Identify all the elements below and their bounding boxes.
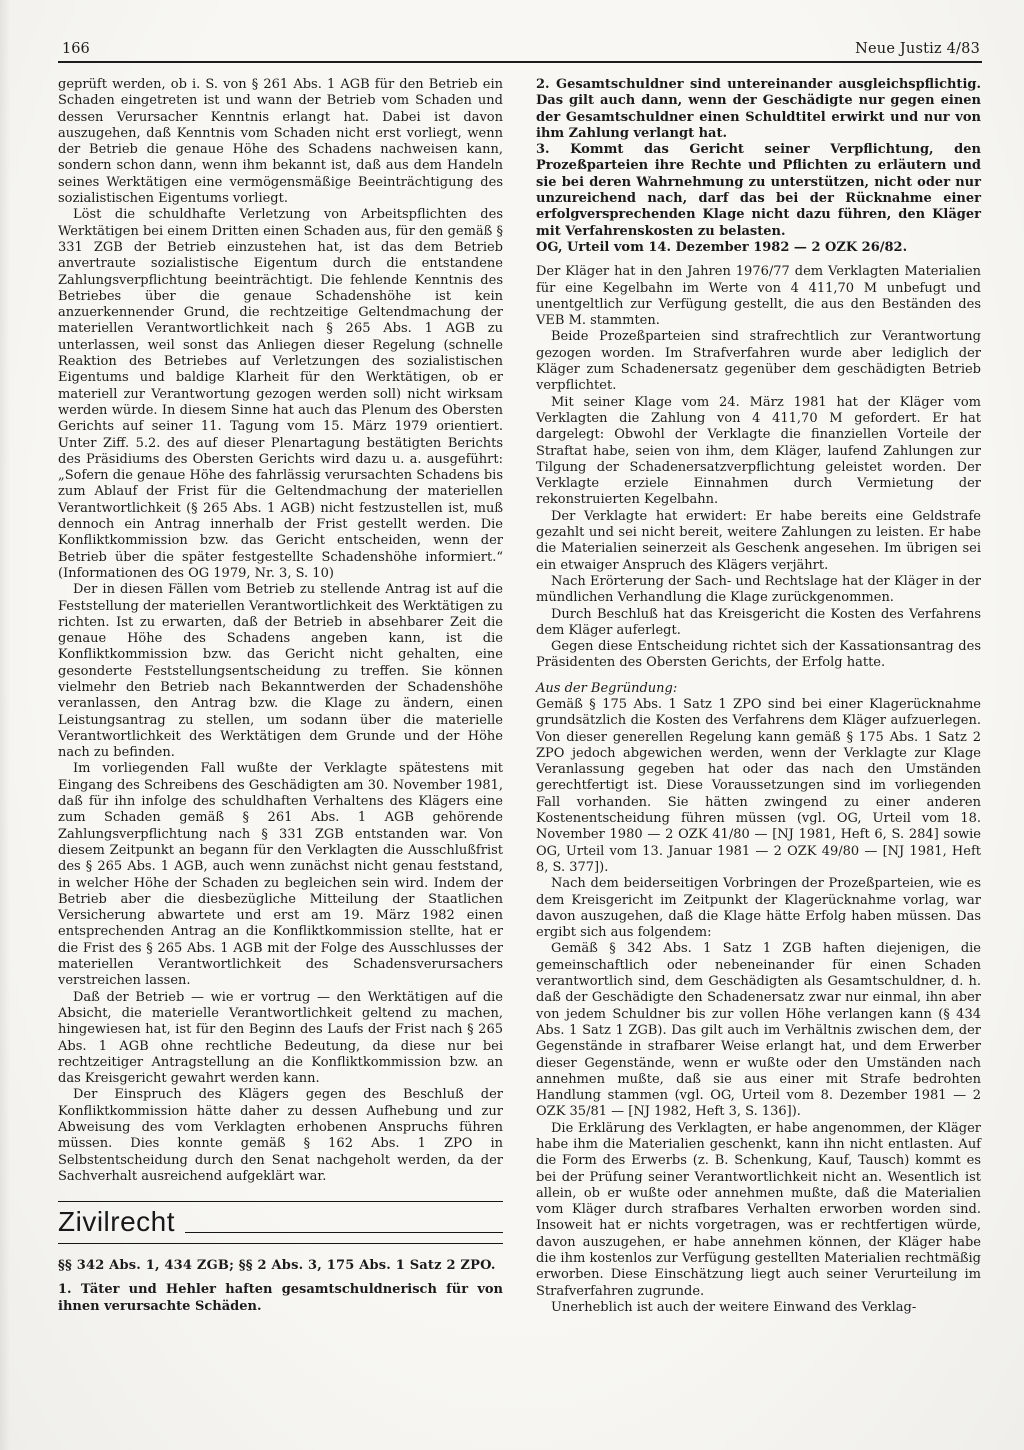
right-column: 2. Gesamtschuldner sind untereinander au… [536,77,981,1316]
reasons-paragraph: Gemäß § 175 Abs. 1 Satz 1 ZPO sind bei e… [536,697,981,876]
judgment-reference: OG, Urteil vom 14. Dezember 1982 — 2 OZK… [536,240,981,256]
guiding-principle-3: 3. Kommt das Gericht seiner Verpflichtun… [536,142,981,240]
section-title-baseline-rule [185,1232,503,1233]
guiding-principle-1: 1. Täter und Hehler haften gesamtschuldn… [58,1282,503,1315]
body-paragraph: geprüft werden, ob i. S. von § 261 Abs. … [58,77,503,207]
running-head: 166 Neue Justiz 4/83 [58,40,982,61]
left-column: geprüft werden, ob i. S. von § 261 Abs. … [58,77,503,1316]
statutes-cited: §§ 342 Abs. 1, 434 ZGB; §§ 2 Abs. 3, 175… [58,1258,503,1274]
body-paragraph: Daß der Betrieb — wie er vortrug — den W… [58,990,503,1088]
two-column-body: geprüft werden, ob i. S. von § 261 Abs. … [58,77,982,1316]
reasons-paragraph: Gemäß § 342 Abs. 1 Satz 1 ZGB haften die… [536,941,981,1120]
scan-edge-shadow [0,0,10,1450]
facts-paragraph: Durch Beschluß hat das Kreisgericht die … [536,607,981,640]
section-rule-top [58,1201,503,1202]
guiding-principle-2: 2. Gesamtschuldner sind untereinander au… [536,77,981,142]
reasons-paragraph: Unerheblich ist auch der weitere Einwand… [536,1300,981,1316]
journal-page: 166 Neue Justiz 4/83 geprüft werden, ob … [0,0,1024,1450]
section-title: Zivilrecht [58,1206,185,1238]
section-title-row: Zivilrecht [58,1206,503,1238]
body-paragraph: Der in diesen Fällen vom Betrieb zu stel… [58,582,503,761]
section-rule-bottom [58,1243,503,1244]
body-paragraph: Der Einspruch des Klägers gegen des Besc… [58,1087,503,1185]
facts-paragraph: Der Verklagte hat erwidert: Er habe bere… [536,509,981,574]
facts-paragraph: Der Kläger hat in den Jahren 1976/77 dem… [536,264,981,329]
facts-paragraph: Nach Erörterung der Sach- und Rechtslage… [536,574,981,607]
reasons-label: Aus der Begründung: [536,681,981,697]
section-heading-block: Zivilrecht [58,1201,503,1244]
facts-paragraph: Mit seiner Klage vom 24. März 1981 hat d… [536,395,981,509]
case-headnote: §§ 342 Abs. 1, 434 ZGB; §§ 2 Abs. 3, 175… [58,1258,503,1315]
facts-paragraph: Beide Prozeßparteien sind strafrechtlich… [536,329,981,394]
body-paragraph: Im vorliegenden Fall wußte der Verklagte… [58,761,503,989]
reasons-paragraph: Die Erklärung des Verklagten, er habe an… [536,1121,981,1300]
reasons-paragraph: Nach dem beiderseitigen Vorbringen der P… [536,876,981,941]
body-paragraph: Löst die schuldhafte Verletzung von Arbe… [58,207,503,582]
header-rule [58,61,982,63]
page-number: 166 [62,40,90,58]
facts-paragraph: Gegen diese Entscheidung richtet sich de… [536,639,981,672]
journal-title: Neue Justiz 4/83 [855,40,980,58]
